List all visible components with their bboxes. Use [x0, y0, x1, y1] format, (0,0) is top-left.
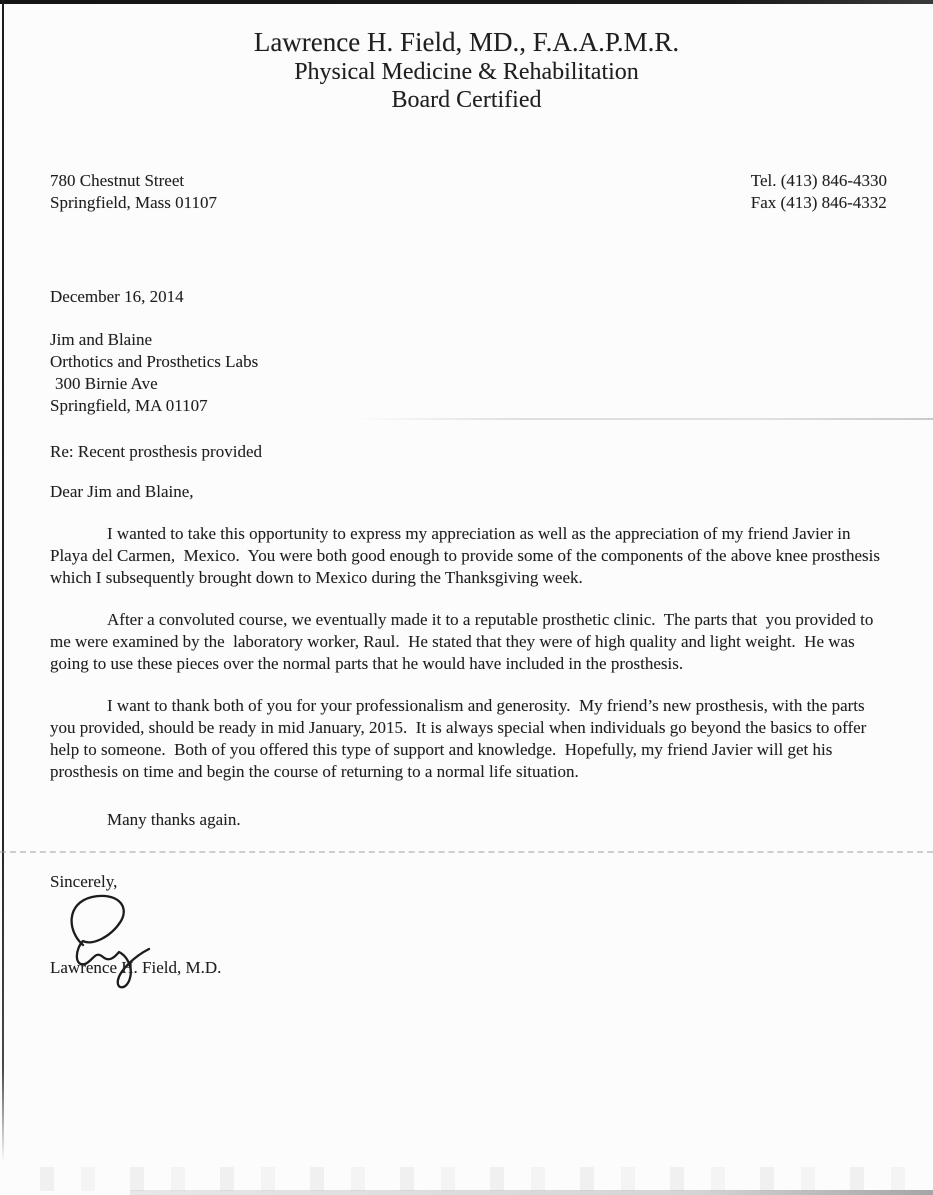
scan-bottom-edge-artifact: [130, 1190, 933, 1195]
handwritten-signature: [52, 891, 172, 995]
paper-fold-line-upper: [355, 418, 933, 420]
letter-date: December 16, 2014: [50, 286, 887, 308]
recipient-names: Jim and Blaine: [50, 329, 887, 351]
scan-top-edge-artifact: [0, 0, 933, 4]
sender-fax: Fax (413) 846-4332: [751, 192, 887, 214]
recipient-street: 300 Birnie Ave: [50, 373, 887, 395]
sender-phones: Tel. (413) 846-4330 Fax (413) 846-4332: [751, 170, 887, 214]
closing-word: Sincerely,: [50, 871, 887, 893]
recipient-company: Orthotics and Prosthetics Labs: [50, 351, 887, 373]
letter-body: 780 Chestnut Street Springfield, Mass 01…: [0, 170, 933, 981]
signature-typed-name: Lawrence H. Field, M.D.: [50, 957, 221, 979]
letterhead-certification: Board Certified: [0, 86, 933, 114]
signature-area: Lawrence H. Field, M.D.: [50, 893, 887, 981]
letter-page: Lawrence H. Field, MD., F.A.A.P.M.R. Phy…: [0, 0, 933, 1195]
recipient-address-block: Jim and Blaine Orthotics and Prosthetics…: [50, 329, 887, 417]
letterhead-doctor-name: Lawrence H. Field, MD., F.A.A.P.M.R.: [0, 27, 933, 58]
recipient-city: Springfield, MA 01107: [50, 395, 887, 417]
sender-contact-row: 780 Chestnut Street Springfield, Mass 01…: [50, 170, 887, 214]
thanks-line: Many thanks again.: [50, 809, 887, 831]
closing-block: Sincerely, Lawrence H. Field, M.D.: [50, 871, 887, 981]
sender-address-city: Springfield, Mass 01107: [50, 192, 217, 214]
subject-line: Re: Recent prosthesis provided: [50, 441, 887, 463]
scan-bottom-noise: [40, 1167, 933, 1191]
letterhead-specialty: Physical Medicine & Rehabilitation: [0, 58, 933, 86]
paper-fold-line-lower: [0, 851, 933, 853]
sender-address: 780 Chestnut Street Springfield, Mass 01…: [50, 170, 217, 214]
paragraph-3: I want to thank both of you for your pro…: [50, 695, 887, 783]
sender-address-street: 780 Chestnut Street: [50, 170, 217, 192]
sender-telephone: Tel. (413) 846-4330: [751, 170, 887, 192]
paragraph-1: I wanted to take this opportunity to exp…: [50, 523, 887, 589]
salutation: Dear Jim and Blaine,: [50, 481, 887, 503]
letterhead: Lawrence H. Field, MD., F.A.A.P.M.R. Phy…: [0, 0, 933, 114]
scan-left-edge-artifact: [2, 0, 4, 1162]
paragraph-2: After a convoluted course, we eventually…: [50, 609, 887, 675]
